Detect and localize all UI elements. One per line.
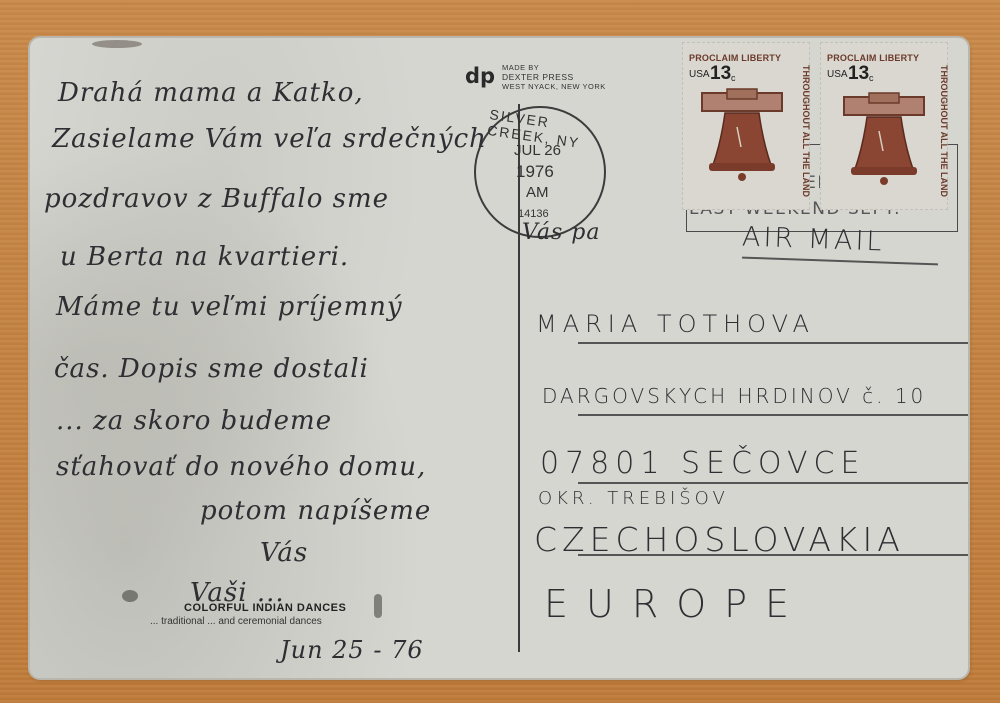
airmail-underline bbox=[742, 257, 938, 265]
stamp-unit: c bbox=[869, 73, 874, 83]
address-line-4 bbox=[578, 554, 968, 556]
recipient-continent: EUROPE bbox=[544, 582, 807, 626]
message-line: u Berta na kvartieri. bbox=[60, 242, 349, 272]
recipient-name: MARIA TOTHOVA bbox=[536, 310, 815, 338]
message-line: Zasielame Vám veľa srdečných bbox=[52, 124, 487, 154]
message-line: čas. Dopis sme dostali bbox=[54, 354, 369, 384]
card-caption-subtitle: ... traditional ... and ceremonial dance… bbox=[150, 616, 322, 627]
ink-stain bbox=[122, 590, 138, 602]
message-line: Vás bbox=[260, 538, 308, 568]
message-line: potom napíšeme bbox=[200, 496, 431, 526]
stamp-side-legend: THROUGHOUT ALL THE LAND bbox=[939, 65, 949, 197]
recipient-city: 07801 SEČOVCE bbox=[540, 446, 865, 481]
message-line: ... za skoro budeme bbox=[56, 406, 332, 436]
worn-corner bbox=[92, 40, 142, 48]
stamp-2: PROCLAIM LIBERTY THROUGHOUT ALL THE LAND… bbox=[820, 42, 948, 210]
card-caption-title: COLORFUL INDIAN DANCES bbox=[184, 602, 346, 614]
publisher-logo: dp bbox=[465, 64, 495, 88]
postmark-time: AM bbox=[526, 184, 549, 201]
liberty-bell-icon bbox=[697, 87, 787, 187]
message-line: Máme tu veľmi príjemný bbox=[56, 292, 403, 322]
recipient-street: DARGOVSKYCH HRDINOV č. 10 bbox=[542, 384, 926, 408]
postmark-date: JUL 26 bbox=[514, 142, 561, 159]
address-prefix: Vás pa bbox=[522, 220, 600, 245]
publisher-name: DEXTER PRESS bbox=[502, 72, 574, 82]
message-line: sťahovať do nového domu, bbox=[56, 452, 426, 482]
stamp-country: USA bbox=[689, 69, 710, 80]
stamp-side-legend: THROUGHOUT ALL THE LAND bbox=[801, 65, 811, 197]
liberty-bell-icon bbox=[839, 91, 929, 191]
address-line-3 bbox=[578, 482, 968, 484]
publisher-location: WEST NYACK, NEW YORK bbox=[502, 82, 606, 91]
postmark-year: 1976 bbox=[516, 162, 554, 182]
recipient-district: OKR. TREBIŠOV bbox=[538, 488, 729, 509]
message-line: Drahá mama a Katko, bbox=[58, 78, 364, 108]
publisher-made-by: MADE BY bbox=[502, 63, 539, 72]
stamp-legend: PROCLAIM LIBERTY bbox=[689, 53, 781, 63]
stamp-1: PROCLAIM LIBERTY THROUGHOUT ALL THE LAND… bbox=[682, 42, 810, 210]
postmark-zip: 14136 bbox=[518, 208, 549, 220]
postmark: SILVER CREEK, NY JUL 26 1976 AM 14136 bbox=[474, 106, 606, 238]
stamp-value: 13 bbox=[710, 63, 731, 85]
stamp-value: 13 bbox=[848, 63, 869, 85]
message-line: pozdravov z Buffalo sme bbox=[44, 184, 389, 214]
airmail-label: AIR MAIL bbox=[742, 222, 886, 258]
stamp-country: USA bbox=[827, 69, 848, 80]
message-date: Jun 25 - 76 bbox=[280, 636, 424, 664]
address-line-2 bbox=[578, 414, 968, 416]
stamp-unit: c bbox=[731, 73, 736, 83]
stamp-legend: PROCLAIM LIBERTY bbox=[827, 53, 919, 63]
address-line-1 bbox=[578, 342, 968, 344]
ink-stain bbox=[374, 594, 382, 618]
postcard: dp MADE BY DEXTER PRESS WEST NYACK, NEW … bbox=[30, 38, 968, 678]
